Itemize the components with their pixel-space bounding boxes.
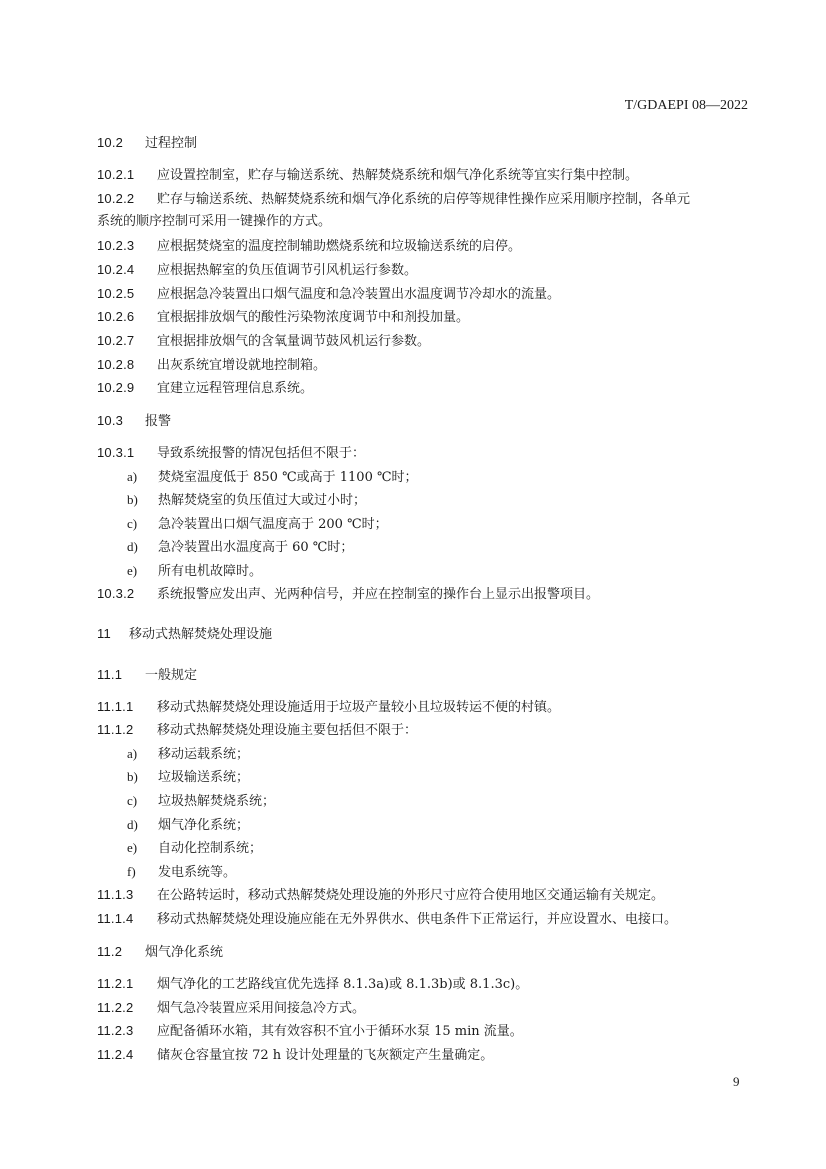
clause-number: 10.2.8 [97,356,157,374]
list-item-e: e)所有电机故障时。 [127,562,262,581]
clause-text: 应设置控制室，贮存与输送系统、热解焚烧系统和烟气净化系统等宜实行集中控制。 [157,168,638,183]
clause-text: 宜根据排放烟气的酸性污染物浓度调节中和剂投加量。 [157,310,469,325]
clause-text: 移动式热解焚烧处理设施适用于垃圾产量较小且垃圾转运不便的村镇。 [157,700,560,715]
clause-number: 10.2.5 [97,285,157,303]
list-item-b: b)垃圾输送系统； [127,768,249,787]
item-label: b) [127,768,158,786]
clause-number: 10.3.2 [97,585,157,603]
list-item-b: b)热解焚烧室的负压值过大或过小时； [127,491,366,510]
list-item-d: d)急冷装置出水温度高于 60 ℃时； [127,538,353,557]
clause-text: 宜根据排放烟气的含氧量调节鼓风机运行参数。 [157,334,430,349]
clause-10-2-8: 10.2.8出灰系统宜增设就地控制箱。 [97,356,326,375]
clause-number: 10.2.2 [97,190,157,208]
clause-text: 出灰系统宜增设就地控制箱。 [157,358,326,373]
clause-10-2-9: 10.2.9宜建立远程管理信息系统。 [97,379,313,398]
list-item-a: a)移动运载系统； [127,745,249,764]
standard-code: T/GDAEPI 08—2022 [625,98,748,114]
section-title: 过程控制 [145,136,197,151]
item-text: 垃圾输送系统； [158,770,249,785]
clause-text: 储灰仓容量宜按 72 h 设计处理量的飞灰额定产生量确定。 [157,1048,493,1063]
item-text: 自动化控制系统； [158,841,262,856]
clause-11-1-3: 11.1.3在公路转运时，移动式热解焚烧处理设施的外形尺寸应符合使用地区交通运输… [97,886,664,905]
item-text: 移动运载系统； [158,747,249,762]
section-heading-11-1: 11.1一般规定 [97,666,197,685]
list-item-c: c)垃圾热解焚烧系统； [127,792,275,811]
page-number: 9 [733,1074,740,1090]
clause-10-2-5: 10.2.5应根据急冷装置出口烟气温度和急冷装置出水温度调节冷却水的流量。 [97,285,560,304]
item-label: b) [127,491,158,509]
clause-text: 系统报警应发出声、光两种信号，并应在控制室的操作台上显示出报警项目。 [157,587,599,602]
section-number: 11.2 [97,943,145,961]
clause-11-2-2: 11.2.2烟气急冷装置应采用间接急冷方式。 [97,999,365,1018]
item-text: 急冷装置出水温度高于 60 ℃时； [158,540,353,555]
clause-10-2-7: 10.2.7宜根据排放烟气的含氧量调节鼓风机运行参数。 [97,332,430,351]
clause-number: 11.1.1 [97,698,157,716]
clause-text: 应根据急冷装置出口烟气温度和急冷装置出水温度调节冷却水的流量。 [157,287,560,302]
clause-number: 10.3.1 [97,444,157,462]
clause-text: 应根据焚烧室的温度控制辅助燃烧系统和垃圾输送系统的启停。 [157,239,521,254]
clause-number: 11.1.3 [97,886,157,904]
chapter-heading-11: 11移动式热解焚烧处理设施 [97,625,272,644]
list-item-a: a)焚烧室温度低于 850 ℃或高于 1100 ℃时； [127,468,418,487]
item-label: f) [127,863,158,881]
clause-number: 11.1.4 [97,910,157,928]
section-heading-11-2: 11.2烟气净化系统 [97,943,223,962]
clause-number: 10.2.3 [97,237,157,255]
clause-text: 移动式热解焚烧处理设施应能在无外界供水、供电条件下正常运行，并应设置水、电接口。 [157,912,677,927]
clause-number: 10.2.4 [97,261,157,279]
clause-10-2-3: 10.2.3应根据焚烧室的温度控制辅助燃烧系统和垃圾输送系统的启停。 [97,237,521,256]
clause-number: 10.2.1 [97,166,157,184]
item-text: 焚烧室温度低于 850 ℃或高于 1100 ℃时； [158,470,418,485]
clause-number: 11.2.2 [97,999,157,1017]
clause-11-2-4: 11.2.4储灰仓容量宜按 72 h 设计处理量的飞灰额定产生量确定。 [97,1046,493,1065]
clause-10-3-1: 10.3.1导致系统报警的情况包括但不限于： [97,444,365,463]
list-item-c: c)急冷装置出口烟气温度高于 200 ℃时； [127,515,388,534]
clause-10-2-4: 10.2.4应根据热解室的负压值调节引风机运行参数。 [97,261,417,280]
clause-text: 烟气急冷装置应采用间接急冷方式。 [157,1001,365,1016]
clause-10-2-1: 10.2.1应设置控制室，贮存与输送系统、热解焚烧系统和烟气净化系统等宜实行集中… [97,166,638,185]
item-text: 垃圾热解焚烧系统； [158,794,275,809]
item-label: a) [127,745,158,763]
item-label: c) [127,792,158,810]
section-title: 报警 [145,414,171,429]
clause-number: 11.2.3 [97,1022,157,1040]
document-page: T/GDAEPI 08—2022 10.2过程控制 10.2.1应设置控制室，贮… [0,0,826,1169]
chapter-number: 11 [97,625,129,643]
clause-11-1-4: 11.1.4移动式热解焚烧处理设施应能在无外界供水、供电条件下正常运行，并应设置… [97,910,677,929]
item-text: 所有电机故障时。 [158,564,262,579]
item-label: a) [127,468,158,486]
clause-11-2-3: 11.2.3应配备循环水箱，其有效容积不宜小于循环水泵 15 min 流量。 [97,1022,523,1041]
clause-text: 移动式热解焚烧处理设施主要包括但不限于： [157,723,417,738]
clause-10-2-6: 10.2.6宜根据排放烟气的酸性污染物浓度调节中和剂投加量。 [97,308,469,327]
clause-10-2-2: 10.2.2贮存与输送系统、热解焚烧系统和烟气净化系统的启停等规律性操作应采用顺… [97,190,690,209]
list-item-f: f)发电系统等。 [127,863,236,882]
list-item-e: e)自动化控制系统； [127,839,262,858]
clause-text: 应根据热解室的负压值调节引风机运行参数。 [157,263,417,278]
clause-11-1-1: 11.1.1移动式热解焚烧处理设施适用于垃圾产量较小且垃圾转运不便的村镇。 [97,698,560,717]
clause-number: 10.2.7 [97,332,157,350]
item-text: 烟气净化系统； [158,818,249,833]
section-title: 一般规定 [145,668,197,683]
section-number: 10.2 [97,134,145,152]
section-heading-10-3: 10.3报警 [97,412,171,431]
clause-number: 11.2.4 [97,1046,157,1064]
item-text: 急冷装置出口烟气温度高于 200 ℃时； [158,517,388,532]
section-title: 烟气净化系统 [145,945,223,960]
clause-number: 10.2.9 [97,379,157,397]
clause-number: 11.2.1 [97,975,157,993]
item-label: e) [127,562,158,580]
clause-10-2-2-continuation: 系统的顺序控制可采用一键操作的方式。 [97,213,331,231]
clause-11-2-1: 11.2.1烟气净化的工艺路线宜优先选择 8.1.3a)或 8.1.3b)或 8… [97,975,528,994]
item-label: d) [127,816,158,834]
clause-text: 宜建立远程管理信息系统。 [157,381,313,396]
section-number: 10.3 [97,412,145,430]
clause-10-3-2: 10.3.2系统报警应发出声、光两种信号，并应在控制室的操作台上显示出报警项目。 [97,585,599,604]
clause-number: 10.2.6 [97,308,157,326]
section-number: 11.1 [97,666,145,684]
item-label: e) [127,839,158,857]
item-label: c) [127,515,158,533]
clause-text: 应配备循环水箱，其有效容积不宜小于循环水泵 15 min 流量。 [157,1024,523,1039]
clause-text: 贮存与输送系统、热解焚烧系统和烟气净化系统的启停等规律性操作应采用顺序控制，各单… [157,192,690,207]
clause-11-1-2: 11.1.2移动式热解焚烧处理设施主要包括但不限于： [97,721,417,740]
clause-text: 烟气净化的工艺路线宜优先选择 8.1.3a)或 8.1.3b)或 8.1.3c)… [157,977,528,992]
clause-text: 导致系统报警的情况包括但不限于： [157,446,365,461]
item-text: 发电系统等。 [158,865,236,880]
chapter-title: 移动式热解焚烧处理设施 [129,627,272,642]
item-text: 热解焚烧室的负压值过大或过小时； [158,493,366,508]
section-heading-10-2: 10.2过程控制 [97,134,197,153]
list-item-d: d)烟气净化系统； [127,816,249,835]
clause-number: 11.1.2 [97,721,157,739]
item-label: d) [127,538,158,556]
clause-text: 在公路转运时，移动式热解焚烧处理设施的外形尺寸应符合使用地区交通运输有关规定。 [157,888,664,903]
